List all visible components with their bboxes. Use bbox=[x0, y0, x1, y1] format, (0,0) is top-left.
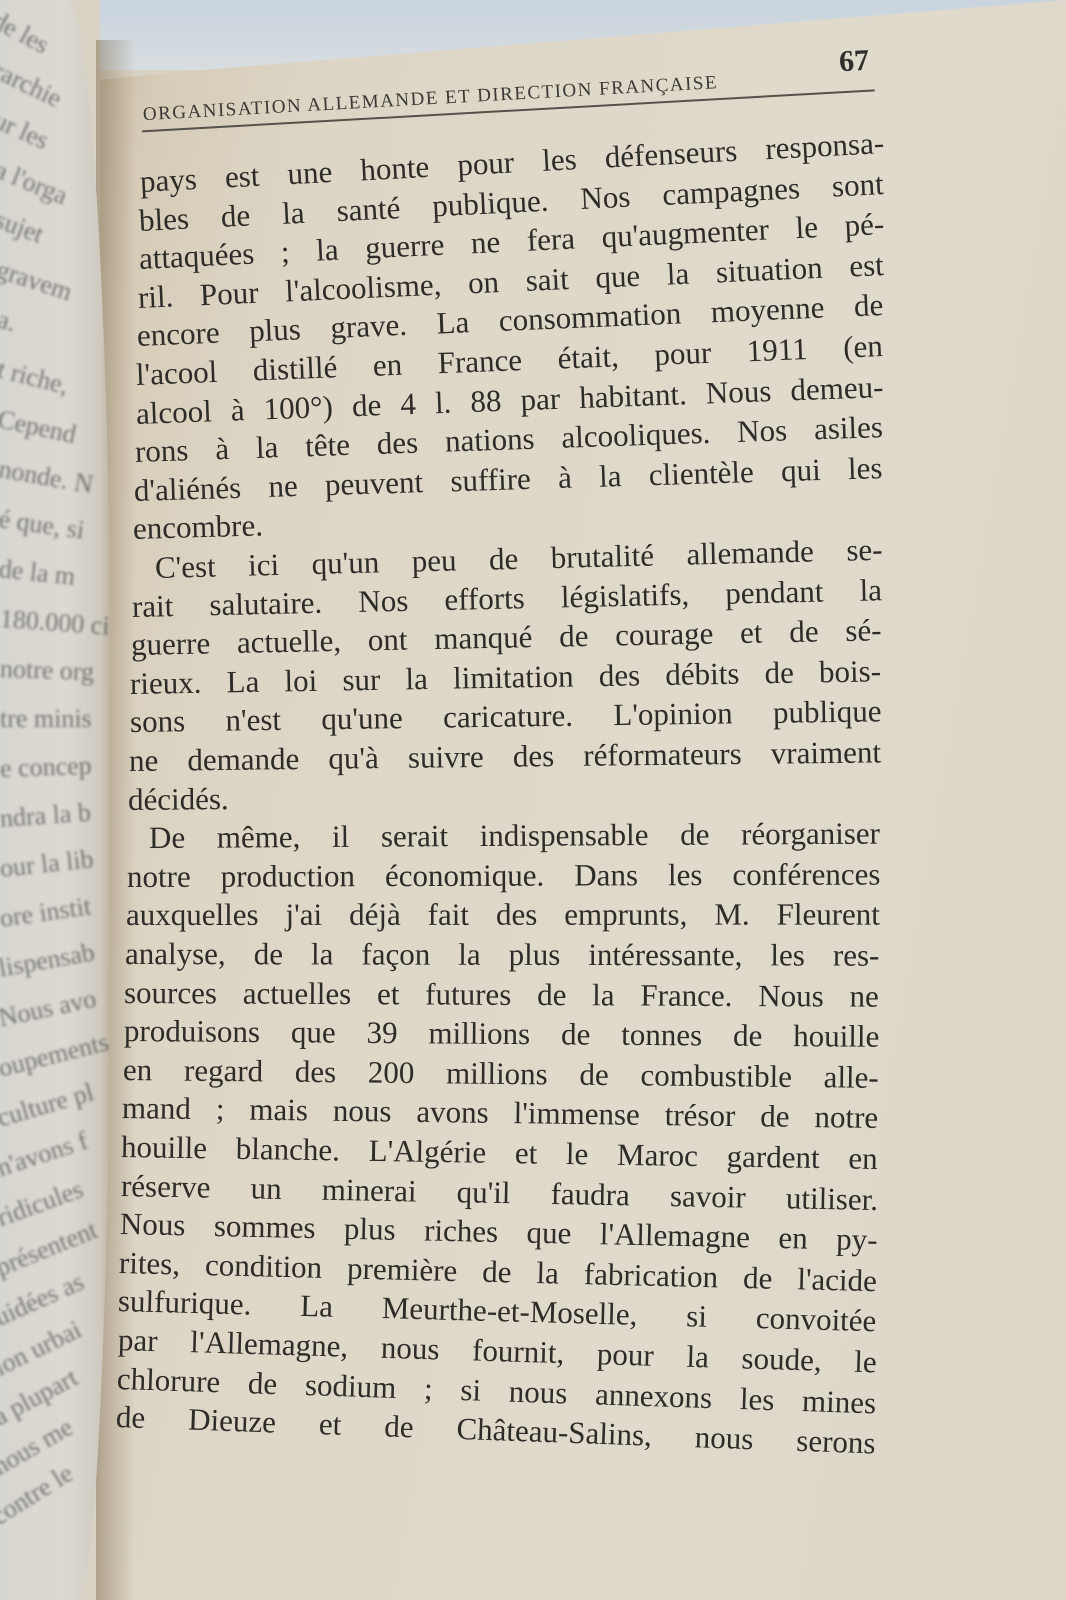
facing-page-fragment: t riche, bbox=[0, 354, 72, 401]
facing-page-fragment: de les bbox=[0, 6, 54, 61]
facing-page-fragment: n'avons f bbox=[0, 1126, 92, 1183]
facing-page-fragment: a. bbox=[0, 305, 19, 339]
facing-page-fragment: e concep bbox=[0, 751, 92, 784]
book-page-left-facing: de lesrarchieur lesa l'orgasujetgravema.… bbox=[0, 0, 112, 1600]
text-line: produisons que 39 millions de tonnes de … bbox=[123, 1013, 879, 1055]
facing-page-fragment: ur les bbox=[0, 105, 53, 156]
facing-page-fragment: tre minis bbox=[0, 704, 92, 734]
running-title: Organisation allemande et direction fran… bbox=[142, 72, 718, 126]
facing-page-fragment: culture pl bbox=[0, 1077, 98, 1133]
facing-page-fragment: rarchie bbox=[0, 56, 66, 115]
facing-page-fragment: oupements bbox=[0, 1027, 112, 1083]
facing-page-fragment: ndra la b bbox=[0, 798, 92, 834]
text-line: sources actuelles et futures de la Franc… bbox=[124, 975, 879, 1015]
facing-page-fragment: é que, si bbox=[0, 504, 86, 546]
facing-page-fragment: notre org bbox=[0, 654, 94, 687]
text-line: encombre. bbox=[133, 508, 264, 548]
facing-page-fragment: our la lib bbox=[0, 844, 95, 884]
text-line: De même, il serait indispensable de réor… bbox=[149, 816, 880, 856]
page-number: 67 bbox=[838, 44, 870, 80]
text-line: décidés. bbox=[128, 781, 229, 818]
facing-page-fragment: gravem bbox=[0, 255, 76, 308]
facing-page-fragment: ore instit bbox=[0, 891, 93, 933]
facing-page-fragment: 180.000 ci bbox=[0, 604, 110, 642]
facing-page-fragment: sujet bbox=[0, 205, 48, 250]
facing-page-fragment: de la m bbox=[0, 554, 77, 592]
text-line: notre production économique. Dans les co… bbox=[126, 856, 880, 894]
facing-page-fragment: nonde. N bbox=[0, 454, 95, 500]
facing-page-fragment: Nous avo bbox=[0, 984, 99, 1034]
facing-page-fragment: Cepend bbox=[0, 404, 79, 450]
text-line: auxquelles j'ai déjà fait des emprunts, … bbox=[126, 897, 880, 933]
facing-page-fragment: a l'orga bbox=[0, 155, 72, 211]
page-text-block: Organisation allemande et direction fran… bbox=[112, 74, 892, 134]
text-line: en regard des 200 millions de combustibl… bbox=[123, 1052, 879, 1096]
text-line: analyse, de la façon la plus intéressant… bbox=[125, 936, 879, 974]
facing-page-fragment: lispensab bbox=[0, 937, 97, 983]
